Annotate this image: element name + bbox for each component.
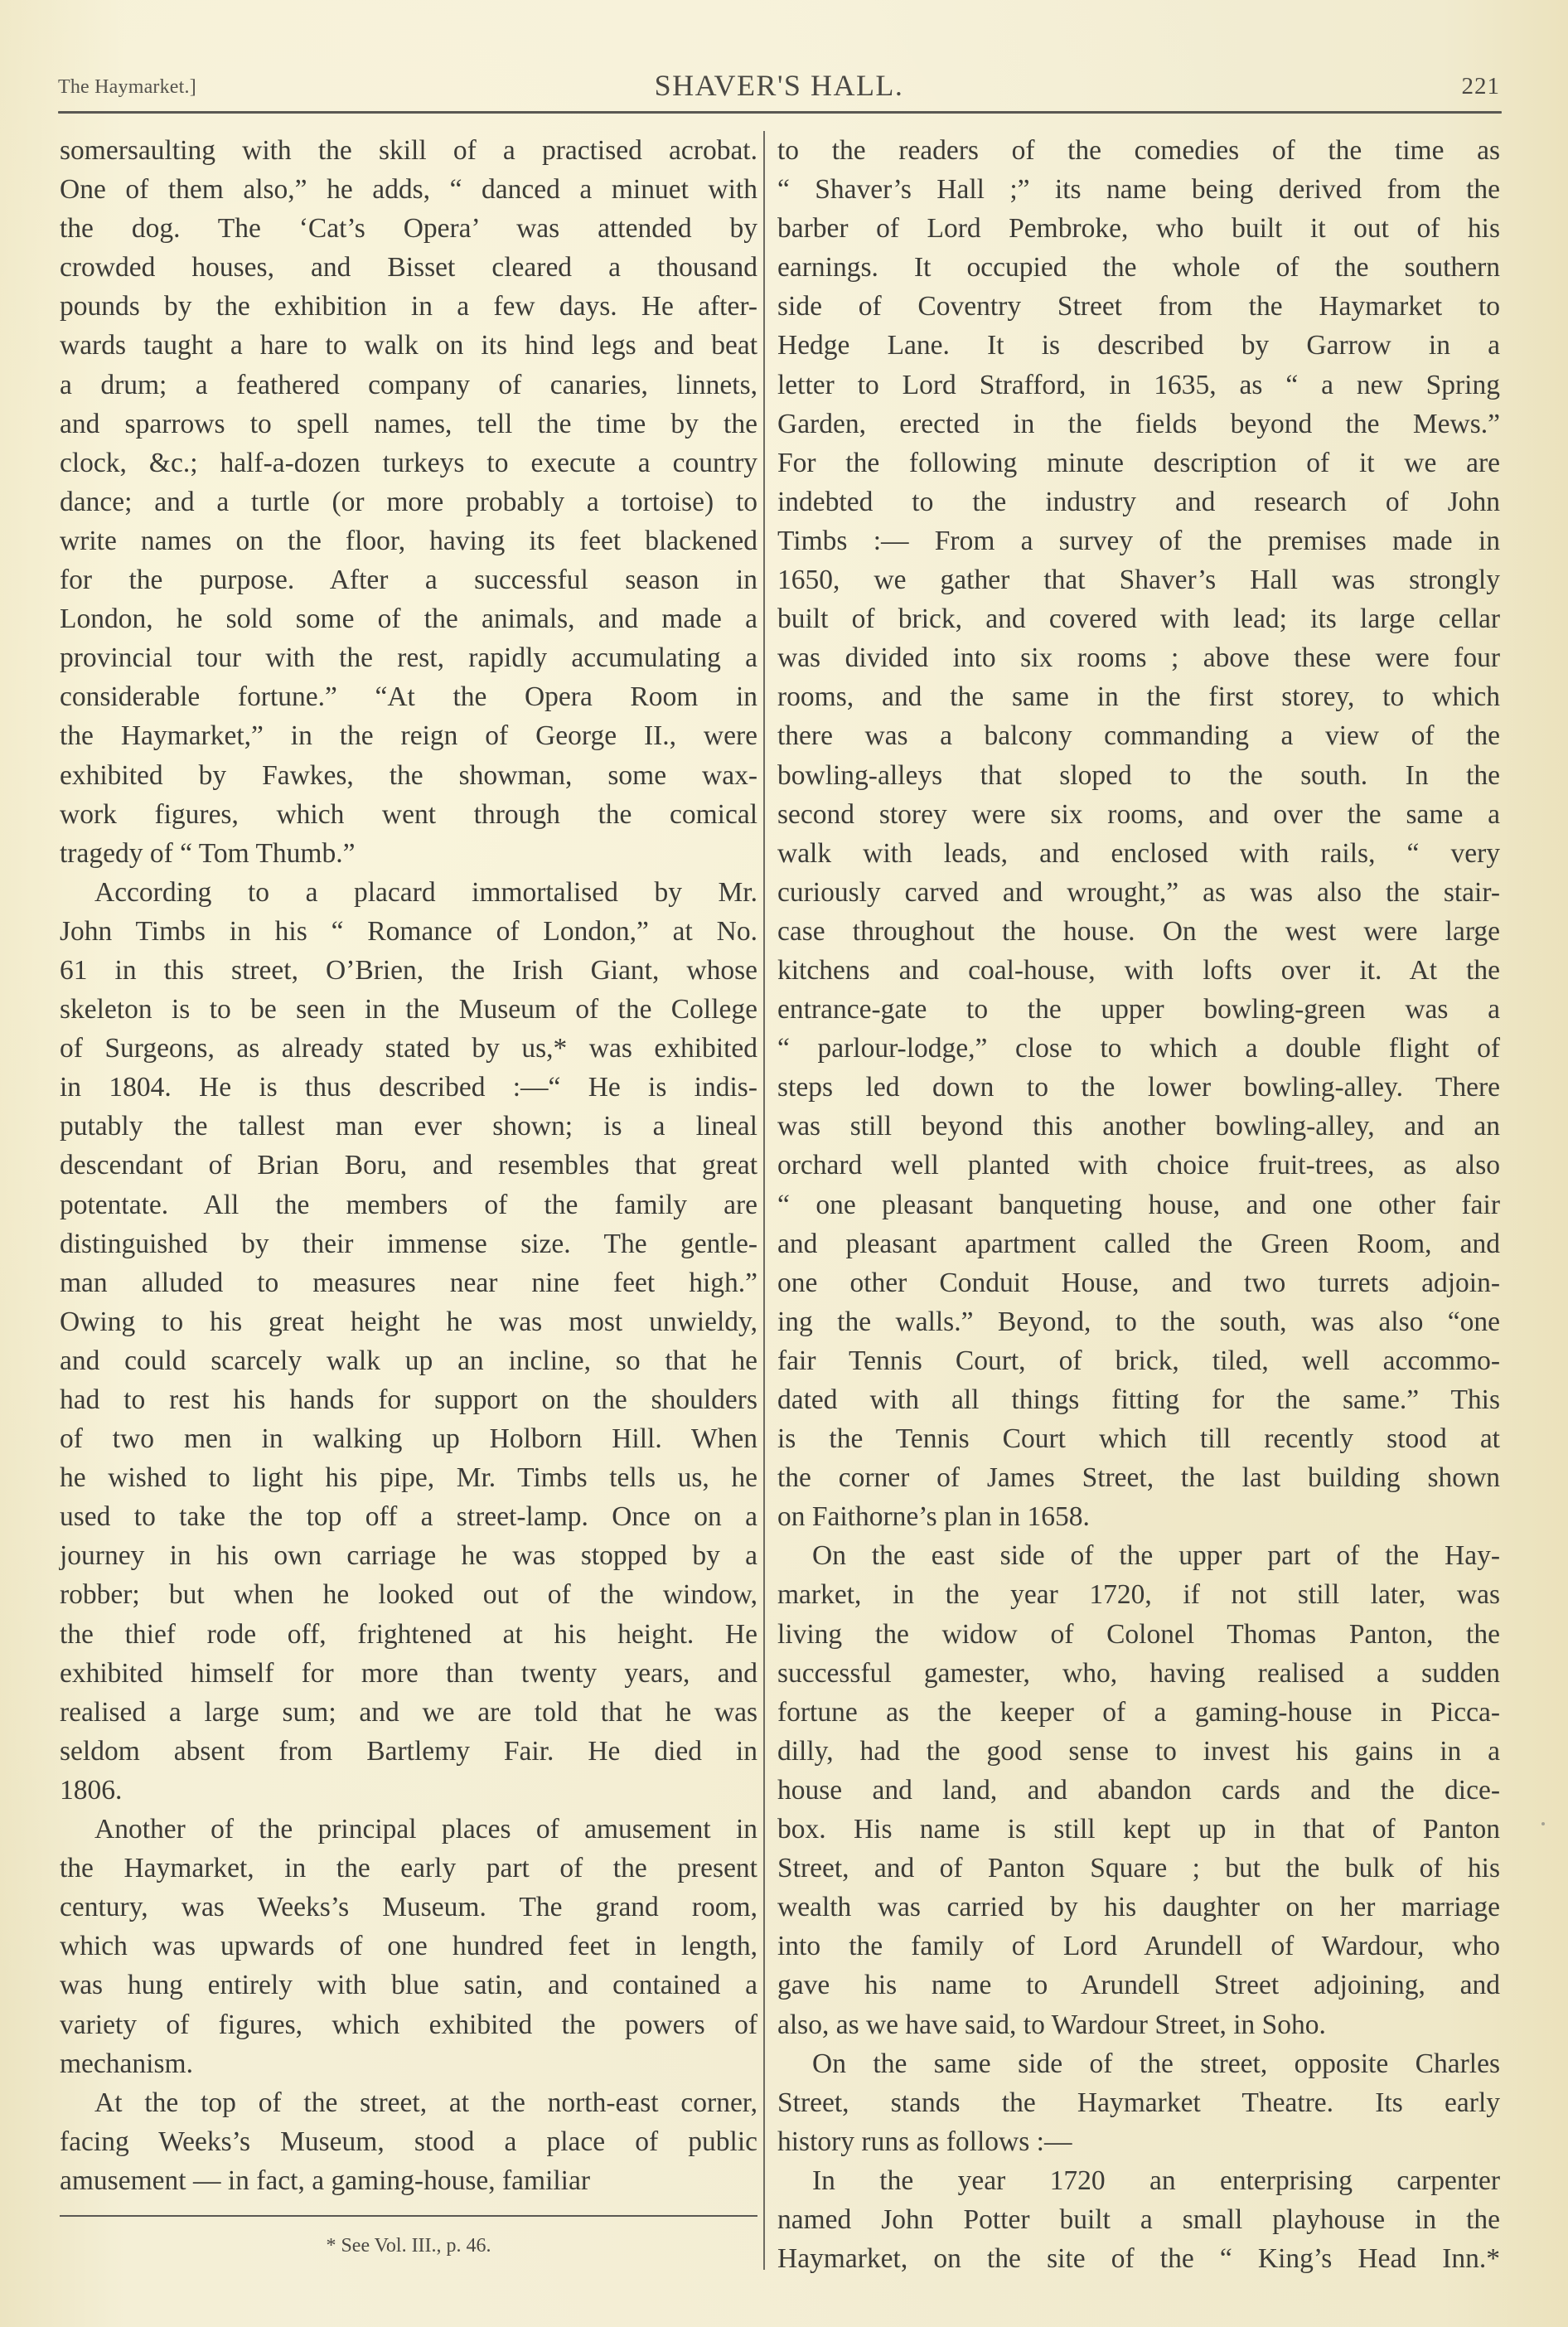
right-column: to the readers of the comedies of the ti…: [777, 131, 1500, 2278]
text-line: John Timbs in his “ Romance of London,” …: [60, 912, 757, 951]
text-line: write names on the floor, having its fee…: [60, 521, 757, 560]
text-line: gave his name to Arundell Street adjoini…: [777, 1966, 1500, 2005]
text-line: curiously carved and wrought,” as was al…: [777, 873, 1500, 912]
text-line: there was a balcony commanding a view of…: [777, 716, 1500, 755]
text-line: Owing to his great height he was most un…: [60, 1302, 757, 1341]
paper-speck: [1541, 1822, 1545, 1825]
text-line: For the following minute description of …: [777, 444, 1500, 482]
text-line: dance; and a turtle (or more probably a …: [60, 482, 757, 521]
text-line: the dog. The ‘Cat’s Opera’ was attended …: [60, 209, 757, 248]
text-line: indebted to the industry and research of…: [777, 482, 1500, 521]
text-line: robber; but when he looked out of the wi…: [60, 1575, 757, 1614]
text-line: case throughout the house. On the west w…: [777, 912, 1500, 951]
text-line: exhibited himself for more than twenty y…: [60, 1654, 757, 1693]
text-line: the corner of James Street, the last bui…: [777, 1458, 1500, 1497]
text-line: Timbs :— From a survey of the premises m…: [777, 521, 1500, 560]
text-line: 61 in this street, O’Brien, the Irish Gi…: [60, 951, 757, 990]
text-line: dilly, had the good sense to invest his …: [777, 1732, 1500, 1771]
text-line: putably the tallest man ever shown; is a…: [60, 1107, 757, 1146]
text-line: Haymarket, on the site of the “ King’s H…: [777, 2239, 1500, 2278]
text-line: the Haymarket,” in the reign of George I…: [60, 716, 757, 755]
text-line: facing Weeks’s Museum, stood a place of …: [60, 2122, 757, 2161]
text-line: on Faithorne’s plan in 1658.: [777, 1497, 1500, 1536]
text-line: one other Conduit House, and two turrets…: [777, 1263, 1500, 1302]
text-line: One of them also,” he adds, “ danced a m…: [60, 170, 757, 209]
text-line: work figures, which went through the com…: [60, 795, 757, 834]
column-divider: [763, 131, 765, 2270]
text-line: ing the walls.” Beyond, to the south, wa…: [777, 1302, 1500, 1341]
text-line: variety of figures, which exhibited the …: [60, 2005, 757, 2044]
text-line: he wished to light his pipe, Mr. Timbs t…: [60, 1458, 757, 1497]
text-line: distinguished by their immense size. The…: [60, 1224, 757, 1263]
text-line: exhibited by Fawkes, the showman, some w…: [60, 756, 757, 795]
text-line: crowded houses, and Bisset cleared a tho…: [60, 248, 757, 287]
text-line: and sparrows to spell names, tell the ti…: [60, 405, 757, 444]
text-line: of Surgeons, as already stated by us,* w…: [60, 1029, 757, 1068]
text-line: was still beyond this another bowling-al…: [777, 1107, 1500, 1146]
text-line: Street, stands the Haymarket Theatre. It…: [777, 2083, 1500, 2122]
text-line: Hedge Lane. It is described by Garrow in…: [777, 326, 1500, 365]
text-line: potentate. All the members of the family…: [60, 1185, 757, 1224]
text-line: house and land, and abandon cards and th…: [777, 1771, 1500, 1810]
text-line: orchard well planted with choice fruit-t…: [777, 1146, 1500, 1185]
text-line: At the top of the street, at the north-e…: [60, 2083, 757, 2122]
text-line: fair Tennis Court, of brick, tiled, well…: [777, 1341, 1500, 1380]
text-line: in 1804. He is thus described :—“ He is …: [60, 1068, 757, 1107]
text-line: Street, and of Panton Square ; but the b…: [777, 1849, 1500, 1888]
text-line: history runs as follows :—: [777, 2122, 1500, 2161]
text-line: journey in his own carriage he was stopp…: [60, 1536, 757, 1575]
text-line: bowling-alleys that sloped to the south.…: [777, 756, 1500, 795]
text-line: descendant of Brian Boru, and resembles …: [60, 1146, 757, 1185]
book-page: The Haymarket.] SHAVER'S HALL. 221 somer…: [0, 0, 1568, 2327]
text-line: wealth was carried by his daughter on he…: [777, 1888, 1500, 1927]
text-line: “ Shaver’s Hall ;” its name being derive…: [777, 170, 1500, 209]
text-line: the Haymarket, in the early part of the …: [60, 1849, 757, 1888]
text-line: walk with leads, and enclosed with rails…: [777, 834, 1500, 873]
text-line: was divided into six rooms ; above these…: [777, 638, 1500, 677]
text-line: “ parlour-lodge,” close to which a doubl…: [777, 1029, 1500, 1068]
text-line: pounds by the exhibition in a few days. …: [60, 287, 757, 326]
left-column: somersaulting with the skill of a practi…: [60, 131, 757, 2200]
text-line: wards taught a hare to walk on its hind …: [60, 326, 757, 365]
text-line: fortune as the keeper of a gaming-house …: [777, 1693, 1500, 1732]
text-line: side of Coventry Street from the Haymark…: [777, 287, 1500, 326]
text-line: Garden, erected in the fields beyond the…: [777, 405, 1500, 444]
text-line: into the family of Lord Arundell of Ward…: [777, 1927, 1500, 1966]
text-line: second storey were six rooms, and over t…: [777, 795, 1500, 834]
text-line: On the same side of the street, opposite…: [777, 2044, 1500, 2083]
text-line: built of brick, and covered with lead; i…: [777, 599, 1500, 638]
text-line: and pleasant apartment called the Green …: [777, 1224, 1500, 1263]
text-line: rooms, and the same in the first storey,…: [777, 677, 1500, 716]
text-line: skeleton is to be seen in the Museum of …: [60, 990, 757, 1029]
text-line: of two men in walking up Holborn Hill. W…: [60, 1419, 757, 1458]
text-line: According to a placard immortalised by M…: [60, 873, 757, 912]
text-line: In the year 1720 an enterprising carpent…: [777, 2161, 1500, 2200]
text-line: successful gamester, who, having realise…: [777, 1654, 1500, 1693]
text-line: barber of Lord Pembroke, who built it ou…: [777, 209, 1500, 248]
header-rule: [58, 111, 1502, 114]
page-title: SHAVER'S HALL.: [58, 68, 1500, 103]
text-line: and could scarcely walk up an incline, s…: [60, 1341, 757, 1380]
text-line: provincial tour with the rest, rapidly a…: [60, 638, 757, 677]
text-line: to the readers of the comedies of the ti…: [777, 131, 1500, 170]
text-line: seldom absent from Bartlemy Fair. He die…: [60, 1732, 757, 1771]
text-line: which was upwards of one hundred feet in…: [60, 1927, 757, 1966]
page-number: 221: [1462, 73, 1501, 100]
text-line: entrance-gate to the upper bowling-green…: [777, 990, 1500, 1029]
text-line: had to rest his hands for support on the…: [60, 1380, 757, 1419]
text-line: tragedy of “ Tom Thumb.”: [60, 834, 757, 873]
text-line: used to take the top off a street-lamp. …: [60, 1497, 757, 1536]
text-line: is the Tennis Court which till recently …: [777, 1419, 1500, 1458]
text-line: dated with all things fitting for the sa…: [777, 1380, 1500, 1419]
text-line: century, was Weeks’s Museum. The grand r…: [60, 1888, 757, 1927]
text-line: considerable fortune.” “At the Opera Roo…: [60, 677, 757, 716]
text-line: clock, &c.; half-a-dozen turkeys to exec…: [60, 444, 757, 482]
text-line: box. His name is still kept up in that o…: [777, 1810, 1500, 1849]
text-line: for the purpose. After a successful seas…: [60, 560, 757, 599]
text-line: steps led down to the lower bowling-alle…: [777, 1068, 1500, 1107]
text-line: market, in the year 1720, if not still l…: [777, 1575, 1500, 1614]
text-line: also, as we have said, to Wardour Street…: [777, 2005, 1500, 2044]
text-line: 1650, we gather that Shaver’s Hall was s…: [777, 560, 1500, 599]
text-line: letter to Lord Strafford, in 1635, as “ …: [777, 366, 1500, 405]
text-line: was hung entirely with blue satin, and c…: [60, 1966, 757, 2005]
running-head: The Haymarket.] SHAVER'S HALL. 221: [58, 68, 1500, 104]
text-line: living the widow of Colonel Thomas Panto…: [777, 1615, 1500, 1654]
text-line: realised a large sum; and we are told th…: [60, 1693, 757, 1732]
text-line: earnings. It occupied the whole of the s…: [777, 248, 1500, 287]
footnote: * See Vol. III., p. 46.: [60, 2235, 757, 2257]
text-line: man alluded to measures near nine feet h…: [60, 1263, 757, 1302]
text-line: amusement — in fact, a gaming-house, fam…: [60, 2161, 757, 2200]
text-line: named John Potter built a small playhous…: [777, 2200, 1500, 2239]
text-line: Another of the principal places of amuse…: [60, 1810, 757, 1849]
text-line: “ one pleasant banqueting house, and one…: [777, 1185, 1500, 1224]
text-line: mechanism.: [60, 2044, 757, 2083]
text-line: somersaulting with the skill of a practi…: [60, 131, 757, 170]
text-line: 1806.: [60, 1771, 757, 1810]
text-line: London, he sold some of the animals, and…: [60, 599, 757, 638]
text-line: kitchens and coal-house, with lofts over…: [777, 951, 1500, 990]
text-line: a drum; a feathered company of canaries,…: [60, 366, 757, 405]
text-line: the thief rode off, frightened at his he…: [60, 1615, 757, 1654]
text-line: On the east side of the upper part of th…: [777, 1536, 1500, 1575]
footnote-rule: [60, 2215, 757, 2217]
